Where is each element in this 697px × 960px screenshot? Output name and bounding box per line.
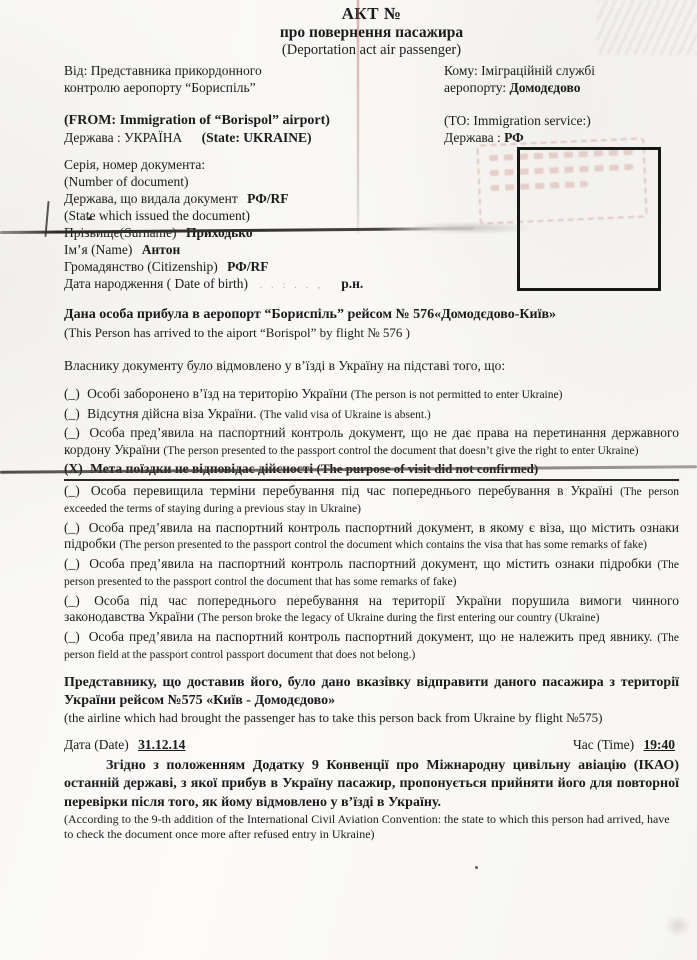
field-birth-label: Дата народження ( Date of birth) <box>64 276 248 291</box>
checkbox-mark: (_) <box>64 520 84 535</box>
document-subtitle-en: (Deportation act air passenger) <box>64 42 679 59</box>
to-state-label: Держава : <box>444 130 501 145</box>
to-block: Кому: Іміграційній службі аеропорту: Дом… <box>444 62 679 96</box>
date-label: Дата (Date) <box>64 737 129 752</box>
reason-item: (_) Особа пред’явила на паспортний контр… <box>64 629 679 664</box>
icao-ua: Згідно з положенням Додатку 9 Конвенції … <box>64 757 679 813</box>
date-cell: Дата (Date) 31.12.14 <box>64 736 185 753</box>
field-birth-suffix: р.н. <box>335 276 363 291</box>
checkbox-mark-checked: (X) <box>64 461 87 476</box>
time-cell: Час (Time) 19:40 <box>573 736 679 753</box>
checkbox-mark: (_) <box>64 629 84 644</box>
field-birth-faint-marks: . . : . . ‚ <box>251 279 331 291</box>
from-state: Держава : УКРАЇНА <box>64 130 182 145</box>
checkbox-mark: (_) <box>64 386 84 401</box>
scanned-deportation-act: АКТ № про повернення пасажира (Deportati… <box>0 0 697 960</box>
to-airport-value: Домодєдово <box>509 80 580 95</box>
checkbox-mark: (_) <box>64 425 84 440</box>
field-issuer-value: РФ/RF <box>241 191 288 206</box>
reason-en: (The person broke the legacy of Ukraine … <box>197 612 599 624</box>
field-surname-value: Приходько <box>180 225 253 240</box>
reason-item: (_) Особа пред’явила на паспортний контр… <box>64 520 679 554</box>
document-title-block: АКТ № про повернення пасажира (Deportati… <box>64 4 679 59</box>
reason-ua: Особа пред’явила на паспортний контроль … <box>89 629 653 644</box>
scan-smudge-top-right <box>597 0 697 55</box>
reason-item-checked: (X) Мета поїздки не відповідає дійсності… <box>64 461 679 481</box>
reason-en: (The person is not permitted to enter Uk… <box>351 389 563 401</box>
field-citizenship-label: Громадянство (Citizenship) <box>64 259 218 274</box>
reason-en: (The valid visa of Ukraine is absent.) <box>260 409 431 421</box>
field-citizenship-value: РФ/RF <box>221 259 268 274</box>
scan-dot-bottom <box>475 866 478 869</box>
reason-en: (The person presented to the passport co… <box>163 445 638 457</box>
reason-en: (The person presented to the passport co… <box>119 539 647 551</box>
reason-item: (_) Особа пред’явила на паспортний контр… <box>64 425 679 459</box>
refusal-reasons-list: (_) Особі заборонено в’їзд на територію … <box>64 386 679 664</box>
return-instruction: Представнику, що доставив його, було дан… <box>64 674 679 726</box>
paper-crease-smudge <box>414 222 534 234</box>
from-block: Від: Представника прикордонного контролю… <box>64 62 394 96</box>
to-line2: аеропорту: Домодєдово <box>444 79 679 96</box>
instruction-en: (the airline which had brought the passe… <box>64 710 679 726</box>
to-airport-label: аеропорту: <box>444 80 506 95</box>
reason-item: (_) Особа пред’явила на паспортний контр… <box>64 556 679 591</box>
from-state-en: (State: UKRAINE) <box>186 130 312 145</box>
reason-item: (_) Особа перевищила терміни перебування… <box>64 483 679 518</box>
arrival-en: (This Person has arrived to the aiport “… <box>64 324 679 341</box>
icao-en: (According to the 9-th addition of the I… <box>64 812 679 841</box>
field-name-label: Ім’я (Name) <box>64 242 132 257</box>
instruction-ua: Представнику, що доставив його, було дан… <box>64 674 679 710</box>
reason-ua: Особа пред’явила на паспортний контроль … <box>89 556 652 571</box>
to-en: (TO: Immigration service:) <box>444 112 679 129</box>
document-subtitle: про повернення пасажира <box>64 24 679 42</box>
checkbox-mark: (_) <box>64 556 84 571</box>
document-content: АКТ № про повернення пасажира (Deportati… <box>0 0 697 841</box>
to-line1: Кому: Іміграційній службі <box>444 62 679 79</box>
icao-note: Згідно з положенням Додатку 9 Конвенції … <box>64 757 679 842</box>
refusal-intro: Власнику документу було відмовлено у в’ї… <box>64 357 679 374</box>
checkbox-mark: (_) <box>64 593 84 608</box>
reason-ua: Відсутня дійсна віза України. <box>87 406 256 421</box>
reason-item: (_) Особі заборонено в’їзд на територію … <box>64 386 679 404</box>
checkbox-mark: (_) <box>64 483 84 498</box>
arrival-paragraph: Дана особа прибула в аеропорт “Бориспіль… <box>64 306 679 341</box>
from-state-line: Держава : УКРАЇНА (State: UKRAINE) <box>64 129 394 146</box>
date-time-row: Дата (Date) 31.12.14 Час (Time) 19:40 <box>64 736 679 753</box>
time-label: Час (Time) <box>573 737 634 752</box>
from-en: (FROM: Immigration of “Borispol” airport… <box>64 112 394 129</box>
scan-smudge-bottom-right <box>665 915 691 937</box>
time-value: 19:40 <box>638 737 676 752</box>
reason-ua: Особа перевищила терміни перебування під… <box>91 483 613 498</box>
field-name-value: Антон <box>136 242 181 257</box>
field-issuer-label: Держава, що видала документ <box>64 191 238 206</box>
reason-ua: Особі заборонено в’їзд на територію Укра… <box>87 386 347 401</box>
from-block-en: (FROM: Immigration of “Borispol” airport… <box>64 112 394 146</box>
from-to-row: Від: Представника прикордонного контролю… <box>64 62 679 96</box>
document-title: АКТ № <box>64 4 679 24</box>
checkbox-mark: (_) <box>64 406 84 421</box>
from-line1: Від: Представника прикордонного <box>64 62 394 79</box>
arrival-ua: Дана особа прибула в аеропорт “Бориспіль… <box>64 306 679 324</box>
date-value: 31.12.14 <box>132 737 185 752</box>
from-line2: контролю аеропорту “Бориспіль” <box>64 79 394 96</box>
reason-item: (_) Відсутня дійсна віза України. (The v… <box>64 406 679 424</box>
photo-box <box>517 147 661 291</box>
reason-item: (_) Особа під час попереднього перебуван… <box>64 593 679 627</box>
